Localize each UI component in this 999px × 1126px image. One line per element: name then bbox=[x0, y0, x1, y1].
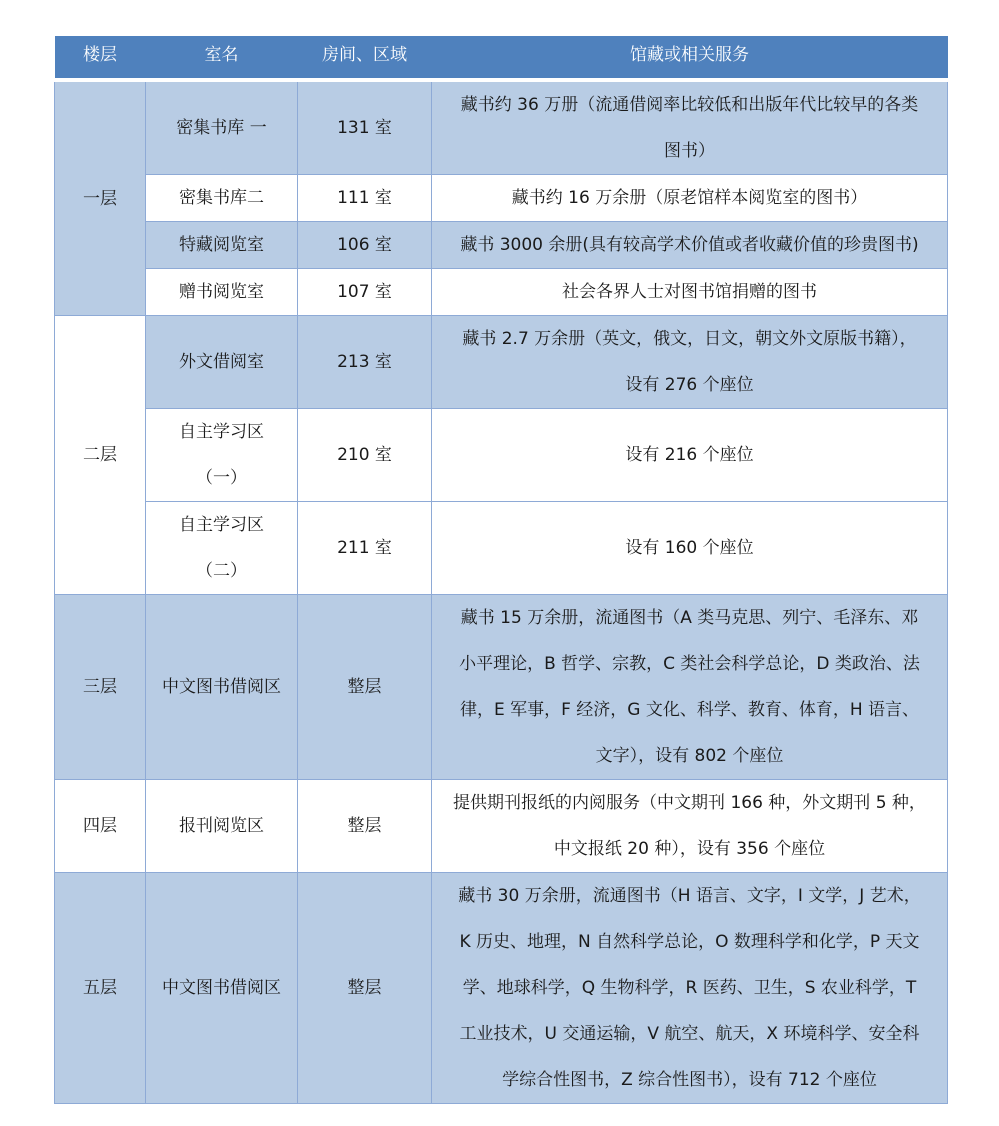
room-number-cell: 整层 bbox=[298, 873, 432, 1104]
service-line: 设有 276 个座位 bbox=[438, 362, 941, 408]
service-cell: 设有 160 个座位 bbox=[432, 502, 948, 595]
room-number-cell: 211 室 bbox=[298, 502, 432, 595]
floor-cell: 五层 bbox=[55, 873, 146, 1104]
room-name-cell: 自主学习区 （一） bbox=[146, 409, 298, 502]
service-line: 学、地球科学，Q 生物科学，R 医药、卫生，S 农业科学，T bbox=[438, 965, 941, 1011]
room-name-cell: 特藏阅览室 bbox=[146, 222, 298, 269]
room-name-cell: 报刊阅览区 bbox=[146, 780, 298, 873]
table-header-row: 楼层 室名 房间、区域 馆藏或相关服务 bbox=[55, 36, 948, 80]
header-room-name: 室名 bbox=[146, 36, 298, 80]
table-row: 三层 中文图书借阅区 整层 藏书 15 万余册，流通图书（A 类马克思、列宁、毛… bbox=[55, 595, 948, 780]
room-name-line: 自主学习区 bbox=[152, 502, 291, 548]
service-line: 文字），设有 802 个座位 bbox=[438, 733, 941, 779]
room-number-cell: 整层 bbox=[298, 780, 432, 873]
service-cell: 藏书约 16 万余册（原老馆样本阅览室的图书） bbox=[432, 175, 948, 222]
room-number-cell: 107 室 bbox=[298, 269, 432, 316]
room-number-cell: 213 室 bbox=[298, 316, 432, 409]
service-cell: 提供期刊报纸的内阅服务（中文期刊 166 种，外文期刊 5 种， 中文报纸 20… bbox=[432, 780, 948, 873]
service-line: 小平理论，B 哲学、宗教，C 类社会科学总论，D 类政治、法 bbox=[438, 641, 941, 687]
service-cell: 设有 216 个座位 bbox=[432, 409, 948, 502]
table-row: 四层 报刊阅览区 整层 提供期刊报纸的内阅服务（中文期刊 166 种，外文期刊 … bbox=[55, 780, 948, 873]
room-name-line: 自主学习区 bbox=[152, 409, 291, 455]
room-name-cell: 自主学习区 （二） bbox=[146, 502, 298, 595]
service-cell: 藏书 30 万余册，流通图书（H 语言、文字，I 文学，J 艺术， K 历史、地… bbox=[432, 873, 948, 1104]
table-row: 五层 中文图书借阅区 整层 藏书 30 万余册，流通图书（H 语言、文字，I 文… bbox=[55, 873, 948, 1104]
room-name-cell: 密集书库 一 bbox=[146, 80, 298, 175]
library-floor-directory-table: 楼层 室名 房间、区域 馆藏或相关服务 一层 密集书库 一 131 室 藏书约 … bbox=[54, 36, 948, 1104]
header-floor: 楼层 bbox=[55, 36, 146, 80]
header-room-area: 房间、区域 bbox=[298, 36, 432, 80]
floor-cell: 四层 bbox=[55, 780, 146, 873]
room-name-cell: 中文图书借阅区 bbox=[146, 873, 298, 1104]
service-line: 藏书 2.7 万余册（英文，俄文，日文，朝文外文原版书籍）， bbox=[438, 316, 941, 362]
table-row: 特藏阅览室 106 室 藏书 3000 余册(具有较高学术价值或者收藏价值的珍贵… bbox=[55, 222, 948, 269]
service-line: 图书） bbox=[438, 128, 941, 174]
header-services: 馆藏或相关服务 bbox=[432, 36, 948, 80]
service-line: K 历史、地理，N 自然科学总论，O 数理科学和化学，P 天文 bbox=[438, 919, 941, 965]
table-row: 一层 密集书库 一 131 室 藏书约 36 万册（流通借阅率比较低和出版年代比… bbox=[55, 80, 948, 175]
room-number-cell: 111 室 bbox=[298, 175, 432, 222]
room-number-cell: 131 室 bbox=[298, 80, 432, 175]
service-cell: 藏书 2.7 万余册（英文，俄文，日文，朝文外文原版书籍）， 设有 276 个座… bbox=[432, 316, 948, 409]
table-row: 二层 外文借阅室 213 室 藏书 2.7 万余册（英文，俄文，日文，朝文外文原… bbox=[55, 316, 948, 409]
service-cell: 藏书约 36 万册（流通借阅率比较低和出版年代比较早的各类 图书） bbox=[432, 80, 948, 175]
service-line: 藏书 15 万余册，流通图书（A 类马克思、列宁、毛泽东、邓 bbox=[438, 595, 941, 641]
table-row: 密集书库二 111 室 藏书约 16 万余册（原老馆样本阅览室的图书） bbox=[55, 175, 948, 222]
service-line: 工业技术，U 交通运输，V 航空、航天，X 环境科学、安全科 bbox=[438, 1011, 941, 1057]
service-line: 提供期刊报纸的内阅服务（中文期刊 166 种，外文期刊 5 种， bbox=[438, 780, 941, 826]
room-number-cell: 106 室 bbox=[298, 222, 432, 269]
service-cell: 藏书 3000 余册(具有较高学术价值或者收藏价值的珍贵图书) bbox=[432, 222, 948, 269]
room-name-cell: 赠书阅览室 bbox=[146, 269, 298, 316]
service-line: 律，E 军事，F 经济，G 文化、科学、教育、体育，H 语言、 bbox=[438, 687, 941, 733]
floor-cell: 二层 bbox=[55, 316, 146, 595]
room-name-cell: 密集书库二 bbox=[146, 175, 298, 222]
room-name-cell: 中文图书借阅区 bbox=[146, 595, 298, 780]
service-line: 学综合性图书，Z 综合性图书），设有 712 个座位 bbox=[438, 1057, 941, 1103]
room-name-line: （二） bbox=[152, 548, 291, 594]
service-cell: 社会各界人士对图书馆捐赠的图书 bbox=[432, 269, 948, 316]
table-row: 赠书阅览室 107 室 社会各界人士对图书馆捐赠的图书 bbox=[55, 269, 948, 316]
service-cell: 藏书 15 万余册，流通图书（A 类马克思、列宁、毛泽东、邓 小平理论，B 哲学… bbox=[432, 595, 948, 780]
room-number-cell: 整层 bbox=[298, 595, 432, 780]
room-number-cell: 210 室 bbox=[298, 409, 432, 502]
floor-cell: 三层 bbox=[55, 595, 146, 780]
table-row: 自主学习区 （二） 211 室 设有 160 个座位 bbox=[55, 502, 948, 595]
room-name-line: （一） bbox=[152, 455, 291, 501]
service-line: 藏书 30 万余册，流通图书（H 语言、文字，I 文学，J 艺术， bbox=[438, 873, 941, 919]
service-line: 藏书约 36 万册（流通借阅率比较低和出版年代比较早的各类 bbox=[438, 82, 941, 128]
service-line: 中文报纸 20 种），设有 356 个座位 bbox=[438, 826, 941, 872]
table-row: 自主学习区 （一） 210 室 设有 216 个座位 bbox=[55, 409, 948, 502]
floor-cell: 一层 bbox=[55, 80, 146, 316]
room-name-cell: 外文借阅室 bbox=[146, 316, 298, 409]
